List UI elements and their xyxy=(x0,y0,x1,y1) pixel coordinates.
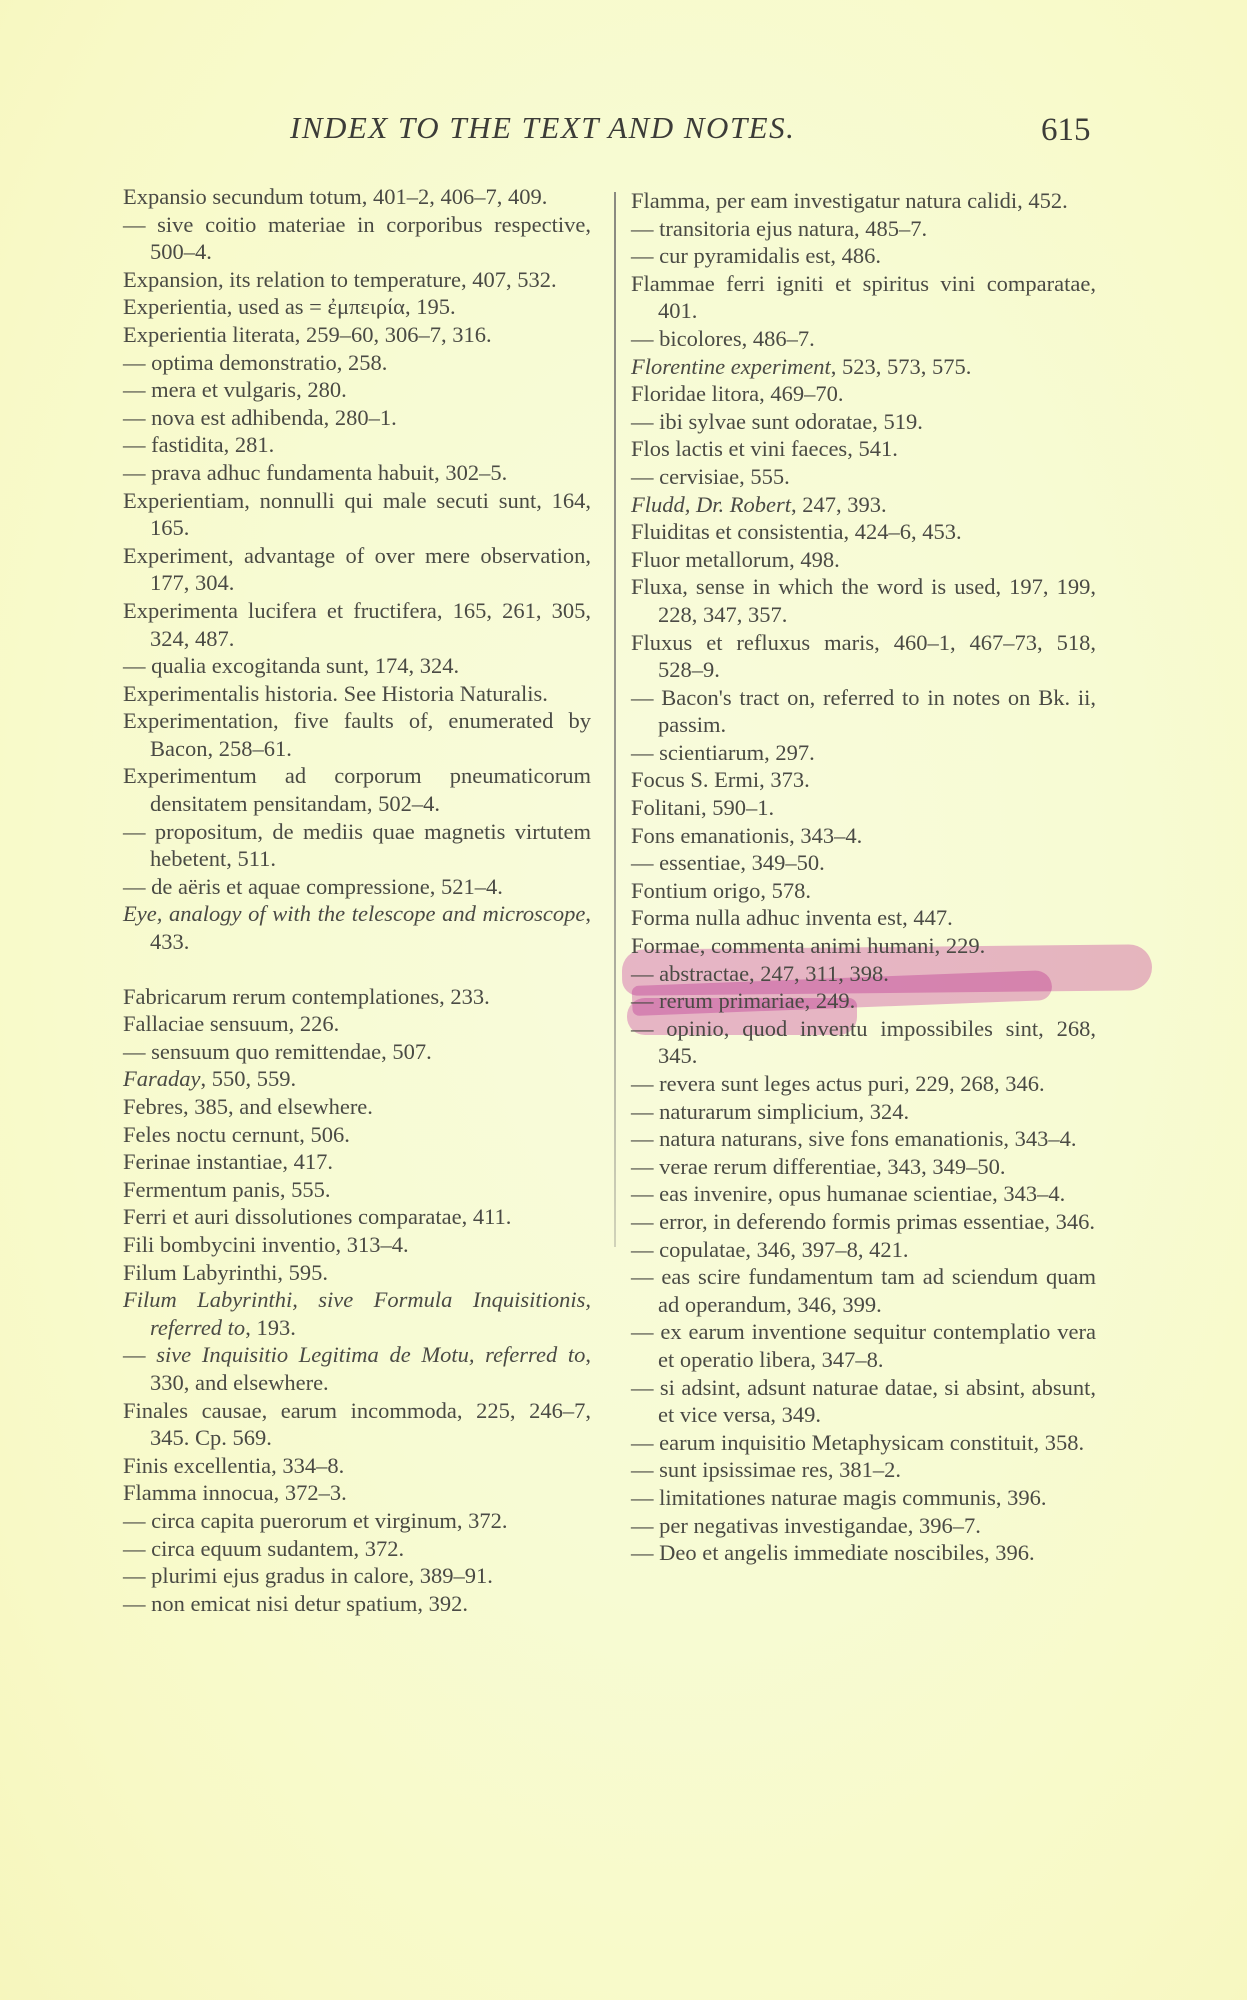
entry-text: Experientia, used as = ἐμπειρία, 195. xyxy=(123,294,456,319)
index-entry: Fons emanationis, 343–4. xyxy=(631,822,1096,850)
index-subentry: — opinio, quod inventu impossibiles sint… xyxy=(631,1015,1096,1070)
index-subentry: — verae rerum differentiae, 343, 349–50. xyxy=(631,1153,1096,1181)
entry-text: Filum Labyrinthi, 595. xyxy=(123,1260,328,1285)
index-entry: Flamma innocua, 372–3. xyxy=(123,1479,591,1507)
index-subentry: — copulatae, 346, 397–8, 421. xyxy=(631,1236,1096,1264)
column-divider xyxy=(614,192,616,1247)
entry-text: — error, in deferendo formis primas esse… xyxy=(631,1209,1095,1234)
index-subentry: — per negativas investigandae, 396–7. xyxy=(631,1512,1096,1540)
index-subentry: — cervisiae, 555. xyxy=(631,463,1096,491)
index-subentry: — cur pyramidalis est, 486. xyxy=(631,242,1096,270)
index-subentry: — error, in deferendo formis primas esse… xyxy=(631,1208,1096,1236)
index-subentry: — abstractae, 247, 311, 398. xyxy=(631,960,1096,988)
entry-text: — sunt ipsissimae res, 381–2. xyxy=(631,1457,901,1482)
entry-text: — qualia excogitanda sunt, 174, 324. xyxy=(123,653,459,678)
index-subentry: — eas scire fundamentum tam ad sciendum … xyxy=(631,1263,1096,1318)
index-entry: Fabricarum rerum contemplationes, 233. xyxy=(123,983,591,1011)
entry-text: — eas invenire, opus humanae scientiae, … xyxy=(631,1181,1065,1206)
index-entry: Experimentalis historia. See Historia Na… xyxy=(123,680,591,708)
index-subentry: — essentiae, 349–50. xyxy=(631,849,1096,877)
entry-text: Fluxa, sense in which the word is used, … xyxy=(631,574,1096,627)
entry-text: — Bacon's tract on, referred to in notes… xyxy=(631,685,1096,738)
entry-text: — sive coitio materiae in corporibus res… xyxy=(123,212,591,265)
index-entry: Flos lactis et vini faeces, 541. xyxy=(631,435,1096,463)
index-entry: Feles noctu cernunt, 506. xyxy=(123,1121,591,1149)
entry-text: Expansio secundum totum, 401–2, 406–7, 4… xyxy=(123,184,547,209)
entry-text: — limitationes naturae magis communis, 3… xyxy=(631,1485,1047,1510)
entry-text: — de aëris et aquae compressione, 521–4. xyxy=(123,874,503,899)
entry-text: Ferinae instantiae, 417. xyxy=(123,1149,333,1174)
entry-text: — propositum, de mediis quae magnetis vi… xyxy=(123,819,591,872)
entry-text: — earum inquisitio Metaphysicam constitu… xyxy=(631,1430,1084,1455)
entry-text: — rerum primariae, 249. xyxy=(631,988,855,1013)
index-entry: Fluiditas et consistentia, 424–6, 453. xyxy=(631,518,1096,546)
index-subentry: — circa capita puerorum et virginum, 372… xyxy=(123,1507,591,1535)
index-entry: Flammae ferri igniti et spiritus vini co… xyxy=(631,270,1096,325)
entry-text: Experimenta lucifera et fructifera, 165,… xyxy=(123,598,591,651)
index-entry: Floridae litora, 469–70. xyxy=(631,380,1096,408)
entry-italic-title: Fludd, Dr. Robert xyxy=(631,492,791,517)
index-entry: Experimentum ad corporum pneumaticorum d… xyxy=(123,762,591,817)
index-subentry: — non emicat nisi detur spatium, 392. xyxy=(123,1590,591,1618)
entry-text: — opinio, quod inventu impossibiles sint… xyxy=(631,1016,1096,1069)
index-entry: Expansion, its relation to temperature, … xyxy=(123,266,591,294)
index-entry: Fili bombycini inventio, 313–4. xyxy=(123,1231,591,1259)
entry-text: Fabricarum rerum contemplationes, 233. xyxy=(123,984,490,1009)
index-subentry: — rerum primariae, 249. xyxy=(631,987,1096,1015)
page-number: 615 xyxy=(1041,112,1091,149)
entry-text: Forma nulla adhuc inventa est, 447. xyxy=(631,905,953,930)
index-entry: Forma nulla adhuc inventa est, 447. xyxy=(631,904,1096,932)
index-subentry: — sive coitio materiae in corporibus res… xyxy=(123,211,591,266)
entry-italic-title: sive Inquisitio Legitima de Motu, referr… xyxy=(156,1342,585,1367)
index-subentry: — circa equum sudantem, 372. xyxy=(123,1535,591,1563)
entry-text: — circa capita puerorum et virginum, 372… xyxy=(123,1508,507,1533)
entry-text: Fermentum panis, 555. xyxy=(123,1177,330,1202)
entry-text: Flammae ferri igniti et spiritus vini co… xyxy=(631,271,1096,324)
entry-text: , 193. xyxy=(245,1315,296,1340)
index-entry: Eye, analogy of with the telescope and m… xyxy=(123,900,591,955)
index-subentry: — ex earum inventione sequitur contempla… xyxy=(631,1318,1096,1373)
index-subentry: — earum inquisitio Metaphysicam constitu… xyxy=(631,1429,1096,1457)
entry-text: — prava adhuc fundamenta habuit, 302–5. xyxy=(123,460,507,485)
index-entry: Experimenta lucifera et fructifera, 165,… xyxy=(123,597,591,652)
entry-text: — per negativas investigandae, 396–7. xyxy=(631,1513,981,1538)
running-header: INDEX TO THE TEXT AND NOTES. 615 xyxy=(290,110,1090,154)
entry-text: Focus S. Ermi, 373. xyxy=(631,767,810,792)
entry-text: — non emicat nisi detur spatium, 392. xyxy=(123,1591,468,1616)
entry-text: — optima demonstratio, 258. xyxy=(123,350,387,375)
entry-text: — cervisiae, 555. xyxy=(631,464,790,489)
entry-text: — copulatae, 346, 397–8, 421. xyxy=(631,1237,908,1262)
entry-text: Fili bombycini inventio, 313–4. xyxy=(123,1232,409,1257)
entry-text: Experimentation, five faults of, enumera… xyxy=(123,708,591,761)
index-entry: Fallaciae sensuum, 226. xyxy=(123,1010,591,1038)
index-subentry: — sive Inquisitio Legitima de Motu, refe… xyxy=(123,1341,591,1396)
index-subentry: — bicolores, 486–7. xyxy=(631,325,1096,353)
index-entry: Fontium origo, 578. xyxy=(631,877,1096,905)
index-entry: Experientia literata, 259–60, 306–7, 316… xyxy=(123,321,591,349)
index-entry: Fermentum panis, 555. xyxy=(123,1176,591,1204)
entry-text: — naturarum simplicium, 324. xyxy=(631,1099,909,1124)
index-subentry: — natura naturans, sive fons emanationis… xyxy=(631,1125,1096,1153)
index-entry: Experimentation, five faults of, enumera… xyxy=(123,707,591,762)
entry-text: — scientiarum, 297. xyxy=(631,740,815,765)
entry-text: — ex earum inventione sequitur contempla… xyxy=(631,1319,1096,1372)
entry-text: — plurimi ejus gradus in calore, 389–91. xyxy=(123,1563,493,1588)
index-entry: Folitani, 590–1. xyxy=(631,794,1096,822)
entry-text: Flamma innocua, 372–3. xyxy=(123,1480,347,1505)
index-entry: Finales causae, earum incommoda, 225, 24… xyxy=(123,1397,591,1452)
entry-text: Experientia literata, 259–60, 306–7, 316… xyxy=(123,322,492,347)
entry-text: — transitoria ejus natura, 485–7. xyxy=(631,216,927,241)
entry-text: Feles noctu cernunt, 506. xyxy=(123,1122,350,1147)
entry-text: — sensuum quo remittendae, 507. xyxy=(123,1039,432,1064)
entry-text: — ibi sylvae sunt odoratae, 519. xyxy=(631,409,923,434)
index-subentry: — transitoria ejus natura, 485–7. xyxy=(631,215,1096,243)
entry-text: — si adsint, adsunt naturae datae, si ab… xyxy=(631,1375,1096,1428)
entry-text: Fluor metallorum, 498. xyxy=(631,547,840,572)
entry-text: — Deo et angelis immediate noscibiles, 3… xyxy=(631,1540,1035,1565)
entry-text: Formae, commenta animi humani, 229. xyxy=(631,933,985,958)
index-entry: Experientiam, nonnulli qui male secuti s… xyxy=(123,487,591,542)
entry-text: — verae rerum differentiae, 343, 349–50. xyxy=(631,1154,1005,1179)
entry-text: — bicolores, 486–7. xyxy=(631,326,815,351)
index-subentry: — eas invenire, opus humanae scientiae, … xyxy=(631,1180,1096,1208)
entry-text: — essentiae, 349–50. xyxy=(631,850,825,875)
index-entry: Focus S. Ermi, 373. xyxy=(631,766,1096,794)
index-subentry: — ibi sylvae sunt odoratae, 519. xyxy=(631,408,1096,436)
entry-text: Experimentalis historia. See Historia Na… xyxy=(123,681,548,706)
index-entry: Flamma, per eam investigatur natura cali… xyxy=(631,187,1096,215)
index-subentry: — si adsint, adsunt naturae datae, si ab… xyxy=(631,1374,1096,1429)
entry-italic-title: Faraday xyxy=(123,1066,201,1091)
index-subentry: — scientiarum, 297. xyxy=(631,739,1096,767)
index-entry: Fluxus et refluxus maris, 460–1, 467–73,… xyxy=(631,629,1096,684)
index-column-left: Expansio secundum totum, 401–2, 406–7, 4… xyxy=(123,183,591,1617)
index-entry: Fluxa, sense in which the word is used, … xyxy=(631,573,1096,628)
entry-text: Fontium origo, 578. xyxy=(631,878,811,903)
entry-text: — nova est adhibenda, 280–1. xyxy=(123,405,397,430)
index-entry: Formae, commenta animi humani, 229. xyxy=(631,932,1096,960)
index-entry: Florentine experiment, 523, 573, 575. xyxy=(631,353,1096,381)
entry-text: Experiment, advantage of over mere obser… xyxy=(123,543,591,596)
index-subentry: — Deo et angelis immediate noscibiles, 3… xyxy=(631,1539,1096,1567)
index-subentry: — revera sunt leges actus puri, 229, 268… xyxy=(631,1070,1096,1098)
entry-text: , 523, 573, 575. xyxy=(831,354,972,379)
entry-text: — abstractae, 247, 311, 398. xyxy=(631,961,889,986)
entry-text: — cur pyramidalis est, 486. xyxy=(631,243,881,268)
index-subentry: — optima demonstratio, 258. xyxy=(123,349,591,377)
index-subentry: — limitationes naturae magis communis, 3… xyxy=(631,1484,1096,1512)
index-subentry: — mera et vulgaris, 280. xyxy=(123,376,591,404)
index-entry: Fludd, Dr. Robert, 247, 393. xyxy=(631,491,1096,519)
entry-text: , 247, 393. xyxy=(791,492,887,517)
index-subentry: — sunt ipsissimae res, 381–2. xyxy=(631,1456,1096,1484)
index-page: INDEX TO THE TEXT AND NOTES. 615 Expansi… xyxy=(0,0,1247,2000)
index-subentry: — nova est adhibenda, 280–1. xyxy=(123,404,591,432)
entry-text: Finales causae, earum incommoda, 225, 24… xyxy=(123,1398,591,1451)
entry-text: — fastidita, 281. xyxy=(123,432,274,457)
index-entry: Ferri et auri dissolutiones comparatae, … xyxy=(123,1203,591,1231)
index-entry: Faraday, 550, 559. xyxy=(123,1065,591,1093)
running-title: INDEX TO THE TEXT AND NOTES. xyxy=(290,110,795,146)
index-subentry: — qualia excogitanda sunt, 174, 324. xyxy=(123,652,591,680)
entry-italic-title: Filum Labyrinthi, sive Formula Inquisiti… xyxy=(123,1287,591,1340)
entry-text: Finis excellentia, 334–8. xyxy=(123,1453,344,1478)
index-entry: Finis excellentia, 334–8. xyxy=(123,1452,591,1480)
index-subentry: — de aëris et aquae compressione, 521–4. xyxy=(123,873,591,901)
index-entry: Filum Labyrinthi, 595. xyxy=(123,1259,591,1287)
entry-text: Fons emanationis, 343–4. xyxy=(631,823,862,848)
index-entry: Experiment, advantage of over mere obser… xyxy=(123,542,591,597)
index-subentry: — fastidita, 281. xyxy=(123,431,591,459)
entry-text: Expansion, its relation to temperature, … xyxy=(123,267,557,292)
entry-text: — natura naturans, sive fons emanationis… xyxy=(631,1126,1077,1151)
entry-text: — eas scire fundamentum tam ad sciendum … xyxy=(631,1264,1096,1317)
entry-text: Folitani, 590–1. xyxy=(631,795,774,820)
index-entry: Fluor metallorum, 498. xyxy=(631,546,1096,574)
entry-text: — revera sunt leges actus puri, 229, 268… xyxy=(631,1071,1045,1096)
index-subentry: — naturarum simplicium, 324. xyxy=(631,1098,1096,1126)
entry-text: Febres, 385, and elsewhere. xyxy=(123,1094,373,1119)
entry-text: — mera et vulgaris, 280. xyxy=(123,377,347,402)
entry-text: Experientiam, nonnulli qui male secuti s… xyxy=(123,488,591,541)
index-subentry: — sensuum quo remittendae, 507. xyxy=(123,1038,591,1066)
entry-italic-title: Florentine experiment xyxy=(631,354,831,379)
entry-text: Experimentum ad corporum pneumaticorum d… xyxy=(123,763,591,816)
index-entry: Ferinae instantiae, 417. xyxy=(123,1148,591,1176)
index-subentry: — Bacon's tract on, referred to in notes… xyxy=(631,684,1096,739)
entry-text: Flos lactis et vini faeces, 541. xyxy=(631,436,898,461)
letter-section-gap xyxy=(123,956,591,983)
entry-text: — circa equum sudantem, 372. xyxy=(123,1536,404,1561)
index-entry: Filum Labyrinthi, sive Formula Inquisiti… xyxy=(123,1286,591,1341)
index-entry: Expansio secundum totum, 401–2, 406–7, 4… xyxy=(123,183,591,211)
index-column-right: Flamma, per eam investigatur natura cali… xyxy=(631,187,1096,1567)
entry-text: Fluxus et refluxus maris, 460–1, 467–73,… xyxy=(631,630,1096,683)
index-entry: Experientia, used as = ἐμπειρία, 195. xyxy=(123,293,591,321)
index-subentry: — propositum, de mediis quae magnetis vi… xyxy=(123,818,591,873)
entry-italic-title: Eye, analogy of with the telescope and m… xyxy=(123,901,585,926)
entry-text: Ferri et auri dissolutiones comparatae, … xyxy=(123,1204,511,1229)
entry-text: Floridae litora, 469–70. xyxy=(631,381,843,406)
index-subentry: — prava adhuc fundamenta habuit, 302–5. xyxy=(123,459,591,487)
entry-text: Fluiditas et consistentia, 424–6, 453. xyxy=(631,519,962,544)
index-subentry: — plurimi ejus gradus in calore, 389–91. xyxy=(123,1562,591,1590)
entry-text: , 550, 559. xyxy=(201,1066,297,1091)
subentry-dash: — xyxy=(123,1342,156,1367)
entry-text: Fallaciae sensuum, 226. xyxy=(123,1011,339,1036)
entry-text: Flamma, per eam investigatur natura cali… xyxy=(631,188,1068,213)
index-entry: Febres, 385, and elsewhere. xyxy=(123,1093,591,1121)
